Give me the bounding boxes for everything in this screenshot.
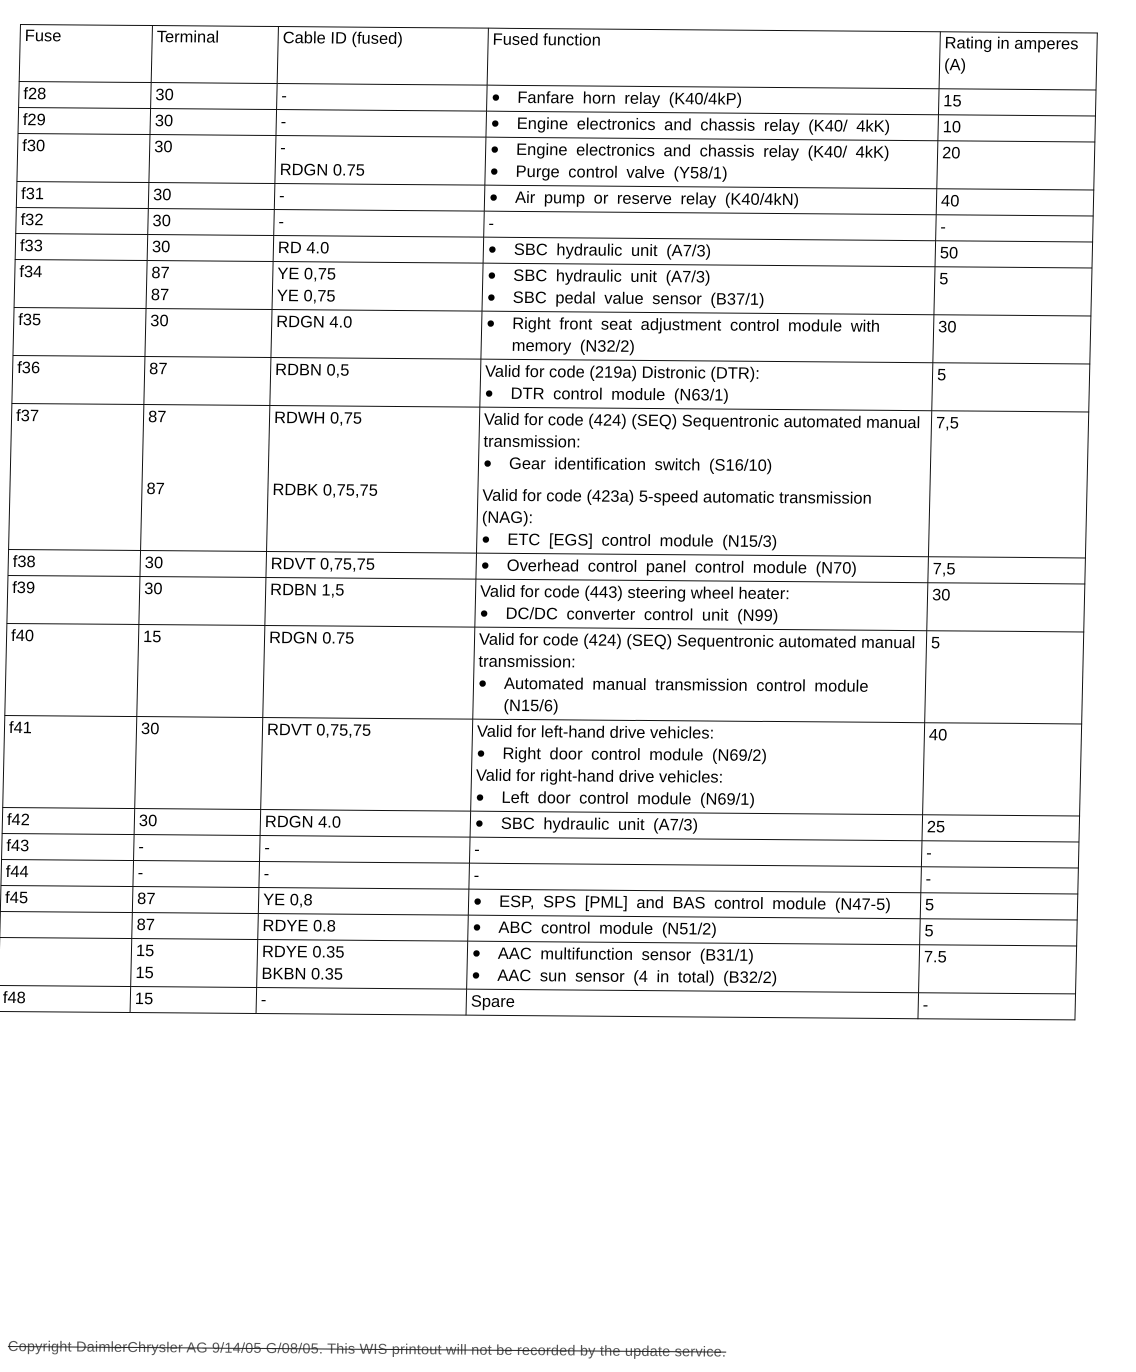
cell-cable-id: RDYE 0.35BKBN 0.35 <box>257 940 468 990</box>
terminal-value: 30 <box>152 210 269 233</box>
function-text: Left door control module (N69/1) <box>501 787 918 812</box>
terminal-value: 30 <box>141 718 258 741</box>
terminal-value: 30 <box>144 578 261 601</box>
bullet-icon: ● <box>475 813 501 835</box>
bullet-icon: ● <box>481 529 507 551</box>
header-cable-id: Cable ID (fused) <box>277 27 488 86</box>
function-bullet-item: ●SBC pedal value sensor (B37/1) <box>487 287 930 312</box>
table-header-row: Fuse Terminal Cable ID (fused) Fused fun… <box>19 25 1097 90</box>
cell-terminal: 30 <box>139 577 266 626</box>
cell-fused-function: Valid for code (424) (SEQ) Sequentronic … <box>473 627 927 723</box>
cell-fused-function: Valid for left-hand drive vehicles:●Righ… <box>471 719 925 815</box>
cable-id-value: RDVT 0,75,75 <box>267 719 468 743</box>
cell-rating: 25 <box>922 815 1080 842</box>
cell-rating: 5 <box>932 363 1090 412</box>
cell-cable-id: RDBN 1,5 <box>265 578 476 628</box>
cell-rating: 20 <box>937 141 1095 190</box>
function-bullet-item: ●DC/DC converter control unit (N99) <box>479 603 922 628</box>
cell-terminal: 30 <box>150 109 277 136</box>
bullet-icon: ● <box>471 965 497 987</box>
cell-cable-id: RDVT 0,75,75 <box>261 718 473 812</box>
cell-terminal: 87 <box>144 357 271 406</box>
cell-fuse: f39 <box>7 575 140 624</box>
cell-fuse: f44 <box>1 859 134 886</box>
cell-terminal: 30 <box>151 83 278 110</box>
cell-terminal: 8787 <box>146 261 273 310</box>
terminal-value: 15 <box>135 962 252 985</box>
cell-rating: 5 <box>920 919 1078 946</box>
table-row: f3930RDBN 1,5Valid for code (443) steeri… <box>7 575 1085 631</box>
cell-terminal: 30 <box>134 809 261 836</box>
function-qualifier: Spare <box>471 991 914 1016</box>
cable-id-value: RDYE 0.35 <box>262 941 463 965</box>
cable-id-value: RDGN 0.75 <box>279 159 480 183</box>
terminal-value: 15 <box>136 940 253 963</box>
cell-rating: 5 <box>920 893 1078 920</box>
bullet-icon: ● <box>479 603 505 625</box>
cell-cable-id: - <box>259 862 470 890</box>
cell-rating: 5 <box>925 631 1084 724</box>
bullet-icon: ● <box>488 239 514 261</box>
bullet-icon: ● <box>486 313 512 335</box>
cell-cable-id: RDGN 4.0 <box>271 310 482 360</box>
cable-id-value: RDYE 0.8 <box>262 915 463 939</box>
function-text: Gear identification switch (S16/10) <box>509 453 926 478</box>
header-rating: Rating in amperes (A) <box>939 32 1097 90</box>
function-bullet-item: ●Right front seat adjustment control mod… <box>485 313 929 360</box>
cell-fuse: f31 <box>16 181 149 208</box>
cell-fuse: f45 <box>0 885 133 912</box>
cell-terminal: 30 <box>145 309 272 358</box>
cell-cable-id: - <box>260 836 471 864</box>
function-text: DC/DC converter control unit (N99) <box>505 603 922 628</box>
cell-cable-id: - <box>277 84 488 112</box>
function-bullet-item: ●SBC hydraulic unit (A7/3) <box>475 813 918 838</box>
terminal-value: 87 <box>151 284 268 307</box>
bullet-icon: ● <box>478 673 504 695</box>
cell-cable-id: YE 0,8 <box>258 888 469 916</box>
function-bullet-item: ●Left door control module (N69/1) <box>475 787 918 812</box>
function-text: Fanfare horn relay (K40/4kP) <box>517 87 934 112</box>
cell-fused-function: ●SBC hydraulic unit (A7/3) <box>483 237 936 267</box>
terminal-value: 30 <box>150 310 267 333</box>
cable-id-value: - <box>263 863 464 887</box>
function-text: Purge control valve (Y58/1) <box>515 161 932 186</box>
terminal-value: 30 <box>155 110 272 133</box>
fuse-table: Fuse Terminal Cable ID (fused) Fused fun… <box>0 24 1098 1020</box>
function-bullet-item: ●Overhead control panel control module (… <box>480 555 923 580</box>
terminal-value: 30 <box>145 552 262 575</box>
function-text: Right front seat adjustment control modu… <box>511 313 929 360</box>
cell-fused-function: ●Engine electronics and chassis relay (K… <box>485 137 938 189</box>
table-row: f3530RDGN 4.0●Right front seat adjustmen… <box>13 307 1091 363</box>
cable-id-value: RDGN 0.75 <box>269 627 470 651</box>
cell-cable-id: RD 4.0 <box>273 236 484 264</box>
cell-fused-function: - <box>484 211 937 241</box>
cell-rating: 30 <box>927 583 1085 632</box>
terminal-value: 87 <box>136 914 253 937</box>
function-bullet-item: ●Automated manual transmission control m… <box>477 673 921 720</box>
cell-fused-function: Valid for code (443) steering wheel heat… <box>475 579 928 631</box>
function-bullet-item: ●Gear identification switch (S16/10) <box>483 453 926 478</box>
cell-fused-function: ●SBC hydraulic unit (A7/3) <box>470 811 923 841</box>
function-text: ETC [EGS] control module (N15/3) <box>507 529 924 554</box>
cell-cable-id: YE 0,75YE 0,75 <box>272 262 483 312</box>
cell-rating: 7,5 <box>928 557 1086 584</box>
cell-cable-id: -RDGN 0.75 <box>275 136 486 186</box>
cell-cable-id: - <box>276 110 487 138</box>
function-text: SBC pedal value sensor (B37/1) <box>513 287 930 312</box>
function-bullet-item: ●Fanfare horn relay (K40/4kP) <box>491 87 934 112</box>
terminal-value: 87 <box>137 888 254 911</box>
cell-rating: 7,5 <box>928 411 1088 558</box>
header-terminal: Terminal <box>151 26 278 84</box>
function-bullet-item: ●DTR control module (N63/1) <box>484 383 927 408</box>
function-text: ABC control module (N51/2) <box>498 917 915 942</box>
cell-rating: 15 <box>938 89 1096 116</box>
cell-fuse: f33 <box>15 233 148 260</box>
document-page: Fuse Terminal Cable ID (fused) Fused fun… <box>0 24 1104 1020</box>
terminal-value: - <box>137 862 254 885</box>
cell-fused-function: - <box>469 863 922 893</box>
cell-fuse <box>0 937 132 986</box>
cell-rating: 7.5 <box>919 945 1077 994</box>
cell-fused-function: ●AAC multifunction sensor (B31/1)●AAC su… <box>467 941 920 993</box>
cell-cable-id: RDWH 0,75RDBK 0,75,75 <box>267 406 480 554</box>
table-row: f4130RDVT 0,75,75Valid for left-hand dri… <box>3 715 1082 815</box>
cell-rating: 30 <box>933 315 1091 364</box>
function-bullet-item: ●ESP, SPS [PML] and BAS control module (… <box>473 891 916 916</box>
cell-rating: - <box>918 993 1076 1020</box>
copyright-footer: Copyright DaimlerChrysler AG 9/14/05 G/0… <box>8 1339 726 1361</box>
cell-rating: 40 <box>923 723 1082 816</box>
function-bullet-item: ●Engine electronics and chassis relay (K… <box>491 113 934 138</box>
table-row: f3030-RDGN 0.75●Engine electronics and c… <box>17 134 1095 190</box>
function-text: Air pump or reserve relay (K40/4kN) <box>515 187 932 212</box>
cable-id-value: - <box>280 137 481 161</box>
cell-terminal: 30 <box>147 235 274 262</box>
header-fused-function: Fused function <box>487 28 940 89</box>
cell-rating: 50 <box>935 241 1093 268</box>
terminal-value: 15 <box>135 988 252 1011</box>
cell-fuse: f38 <box>8 549 141 576</box>
terminal-value: 15 <box>143 626 260 649</box>
bullet-icon: ● <box>487 265 513 287</box>
function-bullet-item: ●AAC sun sensor (4 in total) (B32/2) <box>471 965 914 990</box>
cell-fuse <box>0 911 132 938</box>
function-qualifier: Valid for code (424) (SEQ) Sequentronic … <box>483 409 927 456</box>
cable-id-value: - <box>278 211 479 235</box>
cell-terminal: 87 <box>132 887 259 914</box>
cell-fuse: f34 <box>14 259 147 308</box>
cell-fuse: f43 <box>2 833 135 860</box>
cell-fuse: f42 <box>2 807 135 834</box>
cell-cable-id: RDYE 0.8 <box>258 914 469 942</box>
bullet-icon: ● <box>483 453 509 475</box>
function-bullet-item: ●ABC control module (N51/2) <box>472 917 915 942</box>
function-bullet-item: ●ETC [EGS] control module (N15/3) <box>481 529 924 554</box>
function-text: SBC hydraulic unit (A7/3) <box>514 239 931 264</box>
function-bullet-item: ●Air pump or reserve relay (K40/4kN) <box>489 187 932 212</box>
terminal-value: 30 <box>152 236 269 259</box>
bullet-icon: ● <box>490 139 516 161</box>
bullet-icon: ● <box>487 287 513 309</box>
function-text: SBC hydraulic unit (A7/3) <box>513 265 930 290</box>
cell-rating: - <box>921 867 1079 894</box>
cell-terminal: 30 <box>148 183 275 210</box>
bullet-icon: ● <box>473 891 499 913</box>
terminal-value: 87 <box>149 358 266 381</box>
cable-id-value: RDGN 4.0 <box>276 311 477 335</box>
terminal-value: - <box>138 836 255 859</box>
bullet-icon: ● <box>491 87 517 109</box>
table-row: f3687RDBN 0,5Valid for code (219a) Distr… <box>12 355 1090 411</box>
function-text: SBC hydraulic unit (A7/3) <box>501 813 918 838</box>
cell-terminal: 8787 <box>141 405 270 552</box>
cell-fused-function: Valid for code (424) (SEQ) Sequentronic … <box>477 407 932 557</box>
cell-terminal: 30 <box>149 135 276 184</box>
function-text: Automated manual transmission control mo… <box>503 673 921 720</box>
cell-fused-function: Spare <box>466 989 919 1019</box>
terminal-value: 87 <box>151 262 268 285</box>
cell-fused-function: ●ESP, SPS [PML] and BAS control module (… <box>468 889 921 919</box>
cell-rating: 40 <box>936 189 1094 216</box>
cable-id-value: - <box>281 85 482 109</box>
cell-fused-function: ●Fanfare horn relay (K40/4kP) <box>487 85 940 115</box>
bullet-icon: ● <box>472 943 498 965</box>
cell-fuse: f29 <box>18 108 151 135</box>
terminal-value: 30 <box>153 184 270 207</box>
cell-terminal: 1515 <box>131 939 258 988</box>
cable-id-value: - <box>264 837 465 861</box>
cable-id-value: RDGN 4.0 <box>265 811 466 835</box>
function-text: Overhead control panel control module (N… <box>506 555 923 580</box>
cell-fused-function: ●Air pump or reserve relay (K40/4kN) <box>484 185 937 215</box>
table-row: f4015RDGN 0.75Valid for code (424) (SEQ)… <box>5 623 1084 723</box>
bullet-icon: ● <box>484 383 510 405</box>
cell-fused-function: ●Right front seat adjustment control mod… <box>481 311 934 363</box>
cell-terminal: - <box>133 861 260 888</box>
cell-fuse: f32 <box>16 207 149 234</box>
cell-fused-function: Valid for code (219a) Distronic (DTR):●D… <box>480 359 933 411</box>
cell-rating: 5 <box>934 267 1092 316</box>
bullet-icon: ● <box>480 555 506 577</box>
cell-fuse: f30 <box>17 134 150 183</box>
cell-fuse: f37 <box>9 403 144 550</box>
function-bullet-item: ●SBC hydraulic unit (A7/3) <box>488 239 931 264</box>
table-body: f2830-●Fanfare horn relay (K40/4kP)15f29… <box>0 82 1096 1020</box>
table-row: 1515RDYE 0.35BKBN 0.35●AAC multifunction… <box>0 937 1077 993</box>
function-text: AAC sun sensor (4 in total) (B32/2) <box>497 965 914 990</box>
terminal-value: 30 <box>155 84 272 107</box>
cell-cable-id: RDGN 0.75 <box>263 626 475 720</box>
cable-id-value: BKBN 0.35 <box>261 963 462 987</box>
bullet-icon: ● <box>489 187 515 209</box>
cell-cable-id: RDVT 0,75,75 <box>266 552 477 580</box>
function-text: Right door control module (N69/2) <box>502 743 919 768</box>
terminal-value: 30 <box>139 810 256 833</box>
cell-cable-id: RDBN 0,5 <box>270 358 481 408</box>
cable-id-value: YE 0,75 <box>277 263 478 287</box>
cable-id-value: - <box>279 185 480 209</box>
bullet-icon: ● <box>476 743 502 765</box>
cell-fuse: f48 <box>0 985 131 1012</box>
bullet-icon: ● <box>489 161 515 183</box>
function-text: Engine electronics and chassis relay (K4… <box>516 113 933 138</box>
function-text: DTR control module (N63/1) <box>510 383 927 408</box>
cable-id-value: RD 4.0 <box>278 237 479 261</box>
cell-rating: - <box>936 215 1094 242</box>
function-bullet-item: ●Purge control valve (Y58/1) <box>489 161 932 186</box>
cell-terminal: 87 <box>132 913 259 940</box>
cell-terminal: 30 <box>148 209 275 236</box>
cell-fused-function: ●Engine electronics and chassis relay (K… <box>486 111 939 141</box>
cell-rating: 10 <box>938 115 1096 142</box>
cell-cable-id: - <box>256 988 467 1016</box>
cell-terminal: - <box>134 835 261 862</box>
terminal-value: 87 <box>146 478 263 501</box>
cell-fuse: f35 <box>13 307 146 356</box>
cell-terminal: 30 <box>140 551 267 578</box>
cable-id-value: RDWH 0,75 <box>274 407 475 431</box>
bullet-icon: ● <box>491 113 517 135</box>
function-qualifier: - <box>488 213 931 238</box>
cell-fused-function: ●Overhead control panel control module (… <box>476 553 929 583</box>
function-qualifier: Valid for code (424) (SEQ) Sequentronic … <box>478 629 922 676</box>
cable-id-value: RDBN 0,5 <box>275 359 476 383</box>
cell-cable-id: - <box>274 210 485 238</box>
cell-terminal: 30 <box>135 717 263 810</box>
function-qualifier: - <box>473 865 916 890</box>
cable-id-value: RDVT 0,75,75 <box>271 553 472 577</box>
function-qualifier: Valid for code (423a) 5-speed automatic … <box>482 485 926 532</box>
function-text: ESP, SPS [PML] and BAS control module (N… <box>499 891 916 916</box>
terminal-value: 30 <box>154 136 271 159</box>
bullet-icon: ● <box>472 917 498 939</box>
cell-fuse: f28 <box>19 82 152 109</box>
cable-id-value: - <box>281 111 482 135</box>
cell-fused-function: ●ABC control module (N51/2) <box>468 915 921 945</box>
cell-cable-id: - <box>274 184 485 212</box>
cable-id-value: - <box>261 989 462 1013</box>
cable-id-value: YE 0,75 <box>277 285 478 309</box>
cable-id-value: RDBN 1,5 <box>270 579 471 603</box>
function-text: AAC multifunction sensor (B31/1) <box>498 943 915 968</box>
cell-rating: - <box>921 841 1079 868</box>
cell-terminal: 15 <box>130 987 257 1014</box>
header-fuse: Fuse <box>19 25 152 83</box>
bullet-icon: ● <box>475 787 501 809</box>
cell-fuse: f40 <box>5 623 139 716</box>
cell-fuse: f36 <box>12 355 145 404</box>
terminal-value: 87 <box>148 406 265 429</box>
function-qualifier: - <box>474 839 917 864</box>
table-row: f378787RDWH 0,75RDBK 0,75,75Valid for co… <box>9 403 1089 557</box>
cell-fused-function: - <box>469 837 922 867</box>
cell-fuse: f41 <box>3 715 137 808</box>
cell-terminal: 15 <box>137 625 265 718</box>
cell-fused-function: ●SBC hydraulic unit (A7/3)●SBC pedal val… <box>482 263 935 315</box>
table-row: f348787YE 0,75YE 0,75●SBC hydraulic unit… <box>14 259 1092 315</box>
cable-id-value: RDBK 0,75,75 <box>272 479 473 503</box>
function-text: Engine electronics and chassis relay (K4… <box>516 139 933 164</box>
cable-id-value: YE 0,8 <box>263 889 464 913</box>
cell-cable-id: RDGN 4.0 <box>260 810 471 838</box>
